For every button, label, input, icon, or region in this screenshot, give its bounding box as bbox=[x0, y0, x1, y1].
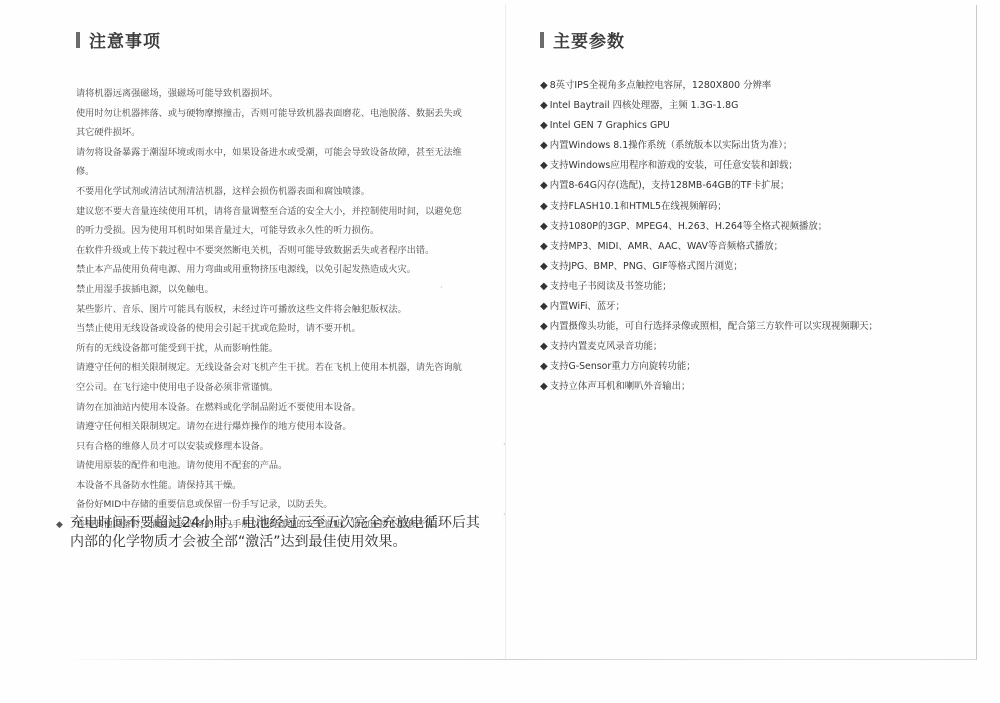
spec-item: ◆内置8-64G闪存(选配)，支持128MB-64GB的TF卡扩展； bbox=[540, 176, 970, 196]
note-line: 修。 bbox=[76, 162, 486, 182]
note-line: 备份好MID中存储的重要信息或保留一份手写记录，以防丢失。 bbox=[76, 495, 486, 515]
diamond-bullet-icon: ◆ bbox=[540, 277, 548, 297]
diamond-bullet-icon: ◆ bbox=[540, 217, 548, 237]
spec-text: 内置WiFi、蓝牙； bbox=[550, 297, 625, 317]
diamond-bullet-icon: ◆ bbox=[540, 96, 548, 116]
note-line: 请遵守任何相关限制规定。请勿在进行爆炸操作的地方使用本设备。 bbox=[76, 417, 486, 437]
note-line: 建议您不要大音量连续使用耳机，请将音量调整至合适的安全大小，并控制使用时间，以避… bbox=[76, 202, 486, 222]
diamond-bullet-icon: ◆ bbox=[56, 516, 70, 552]
spec-item: ◆支持内置麦克风录音功能； bbox=[540, 337, 970, 357]
spec-item: ◆支持立体声耳机和喇叭外音输出； bbox=[540, 377, 970, 397]
scan-mark: · bbox=[440, 283, 443, 292]
note-line: 在软件升级或上传下载过程中不要突然断电关机，否则可能导致数据丢失或者程序出错。 bbox=[76, 241, 486, 261]
title-bar-icon bbox=[540, 32, 544, 48]
note-line: 空公司。在飞行途中使用电子设备必须非常谨慎。 bbox=[76, 378, 486, 398]
spec-text: Intel Baytrail 四核处理器，主频 1.3G-1.8G bbox=[550, 96, 739, 116]
note-line: 的听力受损。因为使用耳机时如果音量过大，可能导致永久性的听力损伤。 bbox=[76, 221, 486, 241]
spec-item: ◆内置摄像头功能，可自行选择录像或照相，配合第三方软件可以实现视频聊天； bbox=[540, 317, 970, 337]
spec-item: ◆支持FLASH10.1和HTML5在线视频解码； bbox=[540, 197, 970, 217]
note-line: 其它硬件损坏。 bbox=[76, 123, 486, 143]
spec-item: ◆支持电子书阅读及书签功能； bbox=[540, 277, 970, 297]
spec-text: 支持MP3、MIDI、AMR、AAC、WAV等音频格式播放； bbox=[550, 237, 783, 257]
diamond-bullet-icon: ◆ bbox=[540, 237, 548, 257]
spec-text: 内置8-64G闪存(选配)，支持128MB-64GB的TF卡扩展； bbox=[550, 176, 790, 196]
diamond-bullet-icon: ◆ bbox=[540, 297, 548, 317]
spec-item: ◆内置WiFi、蓝牙； bbox=[540, 297, 970, 317]
spec-text: 支持JPG、BMP、PNG、GIF等格式图片浏览； bbox=[550, 257, 743, 277]
note-line: 只有合格的维修人员才可以安装或修理本设备。 bbox=[76, 437, 486, 457]
note-line: 请使用原装的配件和电池。请勿使用不配套的产品。 bbox=[76, 456, 486, 476]
diamond-bullet-icon: ◆ bbox=[540, 317, 548, 337]
title-bar-icon bbox=[76, 32, 80, 48]
spec-text: 支持FLASH10.1和HTML5在线视频解码； bbox=[550, 197, 727, 217]
charging-note-text: 充电时间不要超过24小时。电池经过三至五次完全充放电循环后其 内部的化学物质才会… bbox=[70, 514, 480, 552]
diamond-bullet-icon: ◆ bbox=[540, 76, 548, 96]
note-line: 当禁止使用无线设备或设备的使用会引起干扰或危险时，请不要开机。 bbox=[76, 319, 486, 339]
note-line: 不要用化学试剂或清洁试剂清洁机器，这样会损伤机器表面和腐蚀喷漆。 bbox=[76, 182, 486, 202]
document-spread: 注意事项 请将机器远离强磁场，强磁场可能导致机器损坏。 使用时勿让机器摔落、或与… bbox=[0, 0, 1000, 703]
spec-item: ◆Intel GEN 7 Graphics GPU bbox=[540, 116, 970, 136]
note-line: 禁止本产品使用负荷电源、用力弯曲或用重物挤压电源线，以免引起发热造成火灾。 bbox=[76, 260, 486, 280]
spec-text: 支持G-Sensor重力方向旋转功能； bbox=[550, 357, 696, 377]
spec-item: ◆支持MP3、MIDI、AMR、AAC、WAV等音频格式播放； bbox=[540, 237, 970, 257]
precautions-list: 请将机器远离强磁场，强磁场可能导致机器损坏。 使用时勿让机器摔落、或与硬物摩擦撞… bbox=[76, 84, 486, 535]
spec-text: 支持立体声耳机和喇叭外音输出； bbox=[550, 377, 691, 397]
diamond-bullet-icon: ◆ bbox=[540, 257, 548, 277]
spec-item: ◆内置Windows 8.1操作系统（系统版本以实际出货为准）； bbox=[540, 136, 970, 156]
section-title-text: 注意事项 bbox=[89, 27, 161, 52]
charging-note: ◆ 充电时间不要超过24小时。电池经过三至五次完全充放电循环后其 内部的化学物质… bbox=[56, 514, 486, 552]
diamond-bullet-icon: ◆ bbox=[540, 156, 548, 176]
page-gutter bbox=[505, 4, 506, 659]
note-line: 本设备不具备防水性能。请保持其干燥。 bbox=[76, 476, 486, 496]
note-line: 某些影片、音乐、图片可能具有版权，未经过许可播放这些文件将会触犯版权法。 bbox=[76, 300, 486, 320]
section-title-text: 主要参数 bbox=[553, 27, 625, 52]
section-title-specifications: 主要参数 bbox=[540, 27, 625, 52]
page-bottom-edge bbox=[58, 659, 976, 660]
spec-text: 内置Windows 8.1操作系统（系统版本以实际出货为准）； bbox=[550, 136, 793, 156]
spec-text: 支持1080P的3GP、MPEG4、H.263、H.264等全格式视频播放； bbox=[550, 217, 827, 237]
diamond-bullet-icon: ◆ bbox=[540, 136, 548, 156]
diamond-bullet-icon: ◆ bbox=[540, 337, 548, 357]
specifications-list: ◆8英寸IPS全视角多点触控电容屏，1280X800 分辨率 ◆Intel Ba… bbox=[540, 76, 970, 398]
spec-item: ◆支持1080P的3GP、MPEG4、H.263、H.264等全格式视频播放； bbox=[540, 217, 970, 237]
spec-text: Intel GEN 7 Graphics GPU bbox=[550, 116, 670, 136]
spec-item: ◆8英寸IPS全视角多点触控电容屏，1280X800 分辨率 bbox=[540, 76, 970, 96]
diamond-bullet-icon: ◆ bbox=[540, 176, 548, 196]
spec-item: ◆Intel Baytrail 四核处理器，主频 1.3G-1.8G bbox=[540, 96, 970, 116]
note-line: 请遵守任何的相关限制规定。无线设备会对飞机产生干扰。若在飞机上使用本机器，请先咨… bbox=[76, 358, 486, 378]
note-line: 禁止用湿手拔插电源，以免触电。 bbox=[76, 280, 486, 300]
diamond-bullet-icon: ◆ bbox=[540, 197, 548, 217]
note-line: 请将机器远离强磁场，强磁场可能导致机器损坏。 bbox=[76, 84, 486, 104]
section-title-precautions: 注意事项 bbox=[76, 27, 161, 52]
diamond-bullet-icon: ◆ bbox=[540, 377, 548, 397]
scan-mark: · bbox=[503, 440, 506, 449]
scan-mark: · bbox=[503, 510, 506, 519]
spec-item: ◆支持JPG、BMP、PNG、GIF等格式图片浏览； bbox=[540, 257, 970, 277]
diamond-bullet-icon: ◆ bbox=[540, 116, 548, 136]
charging-note-line: 充电时间不要超过24小时。电池经过三至五次完全充放电循环后其 bbox=[70, 514, 480, 533]
note-line: 使用时勿让机器摔落、或与硬物摩擦撞击，否则可能导致机器表面磨花、电池脱落、数据丢… bbox=[76, 104, 486, 124]
spec-text: 8英寸IPS全视角多点触控电容屏，1280X800 分辨率 bbox=[550, 76, 772, 96]
note-line: 请勿将设备暴露于潮湿环境或雨水中，如果设备进水或受潮，可能会导致设备故障，甚至无… bbox=[76, 143, 486, 163]
charging-note-line: 内部的化学物质才会被全部“激活”达到最佳使用效果。 bbox=[70, 533, 480, 552]
spec-item: ◆支持Windows应用程序和游戏的安装，可任意安装和卸载； bbox=[540, 156, 970, 176]
spec-text: 内置摄像头功能，可自行选择录像或照相，配合第三方软件可以实现视频聊天； bbox=[550, 317, 878, 337]
spec-item: ◆支持G-Sensor重力方向旋转功能； bbox=[540, 357, 970, 377]
spec-text: 支持Windows应用程序和游戏的安装，可任意安装和卸载； bbox=[550, 156, 798, 176]
spec-text: 支持内置麦克风录音功能； bbox=[550, 337, 663, 357]
diamond-bullet-icon: ◆ bbox=[540, 357, 548, 377]
page-right-edge bbox=[976, 5, 977, 660]
spec-text: 支持电子书阅读及书签功能； bbox=[550, 277, 672, 297]
note-line: 所有的无线设备都可能受到干扰，从而影响性能。 bbox=[76, 339, 486, 359]
note-line: 请勿在加油站内使用本设备。在燃料或化学制品附近不要使用本设备。 bbox=[76, 398, 486, 418]
